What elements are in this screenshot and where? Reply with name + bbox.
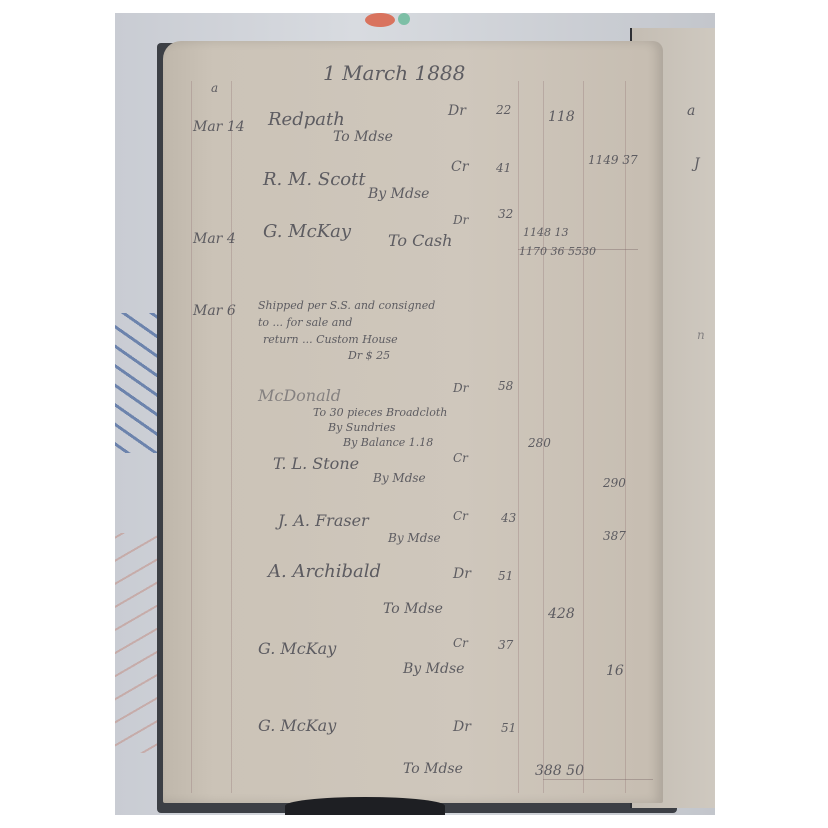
entry-side: Dr bbox=[453, 213, 468, 227]
corner-mark: a bbox=[211, 81, 218, 95]
entry-date: Mar 6 bbox=[193, 303, 236, 319]
entry-amount-cr: 1170 36 5530 bbox=[519, 245, 596, 258]
entry-memo: By Mdse bbox=[388, 531, 441, 545]
entry-name: A. Archibald bbox=[268, 561, 381, 582]
entry-amount-dr: 118 bbox=[548, 109, 575, 125]
entry-name: G. McKay bbox=[258, 716, 336, 735]
note-line: return ... Custom House bbox=[263, 333, 398, 346]
entry-folio: 32 bbox=[498, 207, 513, 221]
entry-side: Cr bbox=[453, 636, 468, 650]
entry-name: T. L. Stone bbox=[273, 454, 359, 473]
embroidered-cloth-blue bbox=[115, 313, 160, 453]
book-shadow bbox=[285, 797, 445, 815]
entry-memo: To Mdse bbox=[333, 129, 393, 145]
ledger-photo: a J n 1 March 1888 a Mar 14 Redpath To M… bbox=[115, 13, 715, 815]
entry-side: Cr bbox=[453, 509, 468, 523]
embroidered-cloth-red bbox=[115, 533, 160, 753]
note-line: Shipped per S.S. and consigned bbox=[258, 299, 435, 312]
entry-date: Mar 14 bbox=[193, 119, 245, 135]
entry-memo: To Mdse bbox=[383, 601, 443, 617]
entry-folio: 58 bbox=[498, 379, 513, 393]
entry-side: Dr bbox=[453, 566, 471, 582]
left-page: 1 March 1888 a Mar 14 Redpath To Mdse Dr… bbox=[163, 41, 663, 803]
entry-side: Cr bbox=[453, 451, 468, 465]
entry-name: J. A. Fraser bbox=[278, 511, 369, 530]
entry-amount-cr: 290 bbox=[603, 476, 626, 490]
cloth-flower-green bbox=[398, 13, 410, 25]
entry-amount-dr: 428 bbox=[548, 606, 575, 622]
right-page-fragment: n bbox=[697, 328, 705, 342]
entry-folio: 22 bbox=[496, 103, 511, 117]
sub-line: By Sundries bbox=[328, 421, 395, 434]
entry-name: McDonald bbox=[258, 386, 341, 405]
entry-name: R. M. Scott bbox=[263, 169, 366, 190]
entry-amount-dr: 1148 13 bbox=[523, 226, 569, 239]
note-line: Dr $ 25 bbox=[348, 349, 390, 362]
entry-amount-cr: 1149 37 bbox=[588, 153, 638, 167]
entry-folio: 51 bbox=[498, 569, 513, 583]
entry-side: Dr bbox=[448, 103, 466, 119]
ledger-heading: 1 March 1888 bbox=[323, 61, 465, 85]
entry-side: Dr bbox=[453, 719, 471, 735]
entry-folio: 51 bbox=[501, 721, 516, 735]
entry-folio: 43 bbox=[501, 511, 516, 525]
right-page-fragment: a bbox=[687, 103, 695, 119]
entry-side: Cr bbox=[451, 159, 468, 175]
entry-memo: To Cash bbox=[388, 231, 452, 250]
sub-line: To 30 pieces Broadcloth bbox=[313, 406, 447, 419]
entry-memo: By Mdse bbox=[368, 186, 429, 202]
entry-folio: 41 bbox=[496, 161, 511, 175]
entry-name: G. McKay bbox=[263, 221, 351, 242]
entry-folio: 37 bbox=[498, 638, 513, 652]
note-line: to ... for sale and bbox=[258, 316, 352, 329]
entry-amount-dr: 280 bbox=[528, 436, 551, 450]
entry-name: G. McKay bbox=[258, 639, 336, 658]
entry-memo: To Mdse bbox=[403, 761, 463, 777]
entry-date: Mar 4 bbox=[193, 231, 236, 247]
sub-line: By Balance 1.18 bbox=[343, 436, 433, 449]
right-page-fragment: J bbox=[694, 156, 700, 172]
entry-memo: By Mdse bbox=[373, 471, 426, 485]
entry-amount-cr: 387 bbox=[603, 529, 626, 543]
entry-name: Redpath bbox=[268, 109, 345, 130]
entry-memo: By Mdse bbox=[403, 661, 464, 677]
cloth-flower bbox=[365, 13, 395, 27]
entry-amount-dr: 388 50 bbox=[535, 763, 584, 779]
entry-amount-cr: 16 bbox=[606, 663, 624, 679]
entry-side: Dr bbox=[453, 381, 468, 395]
